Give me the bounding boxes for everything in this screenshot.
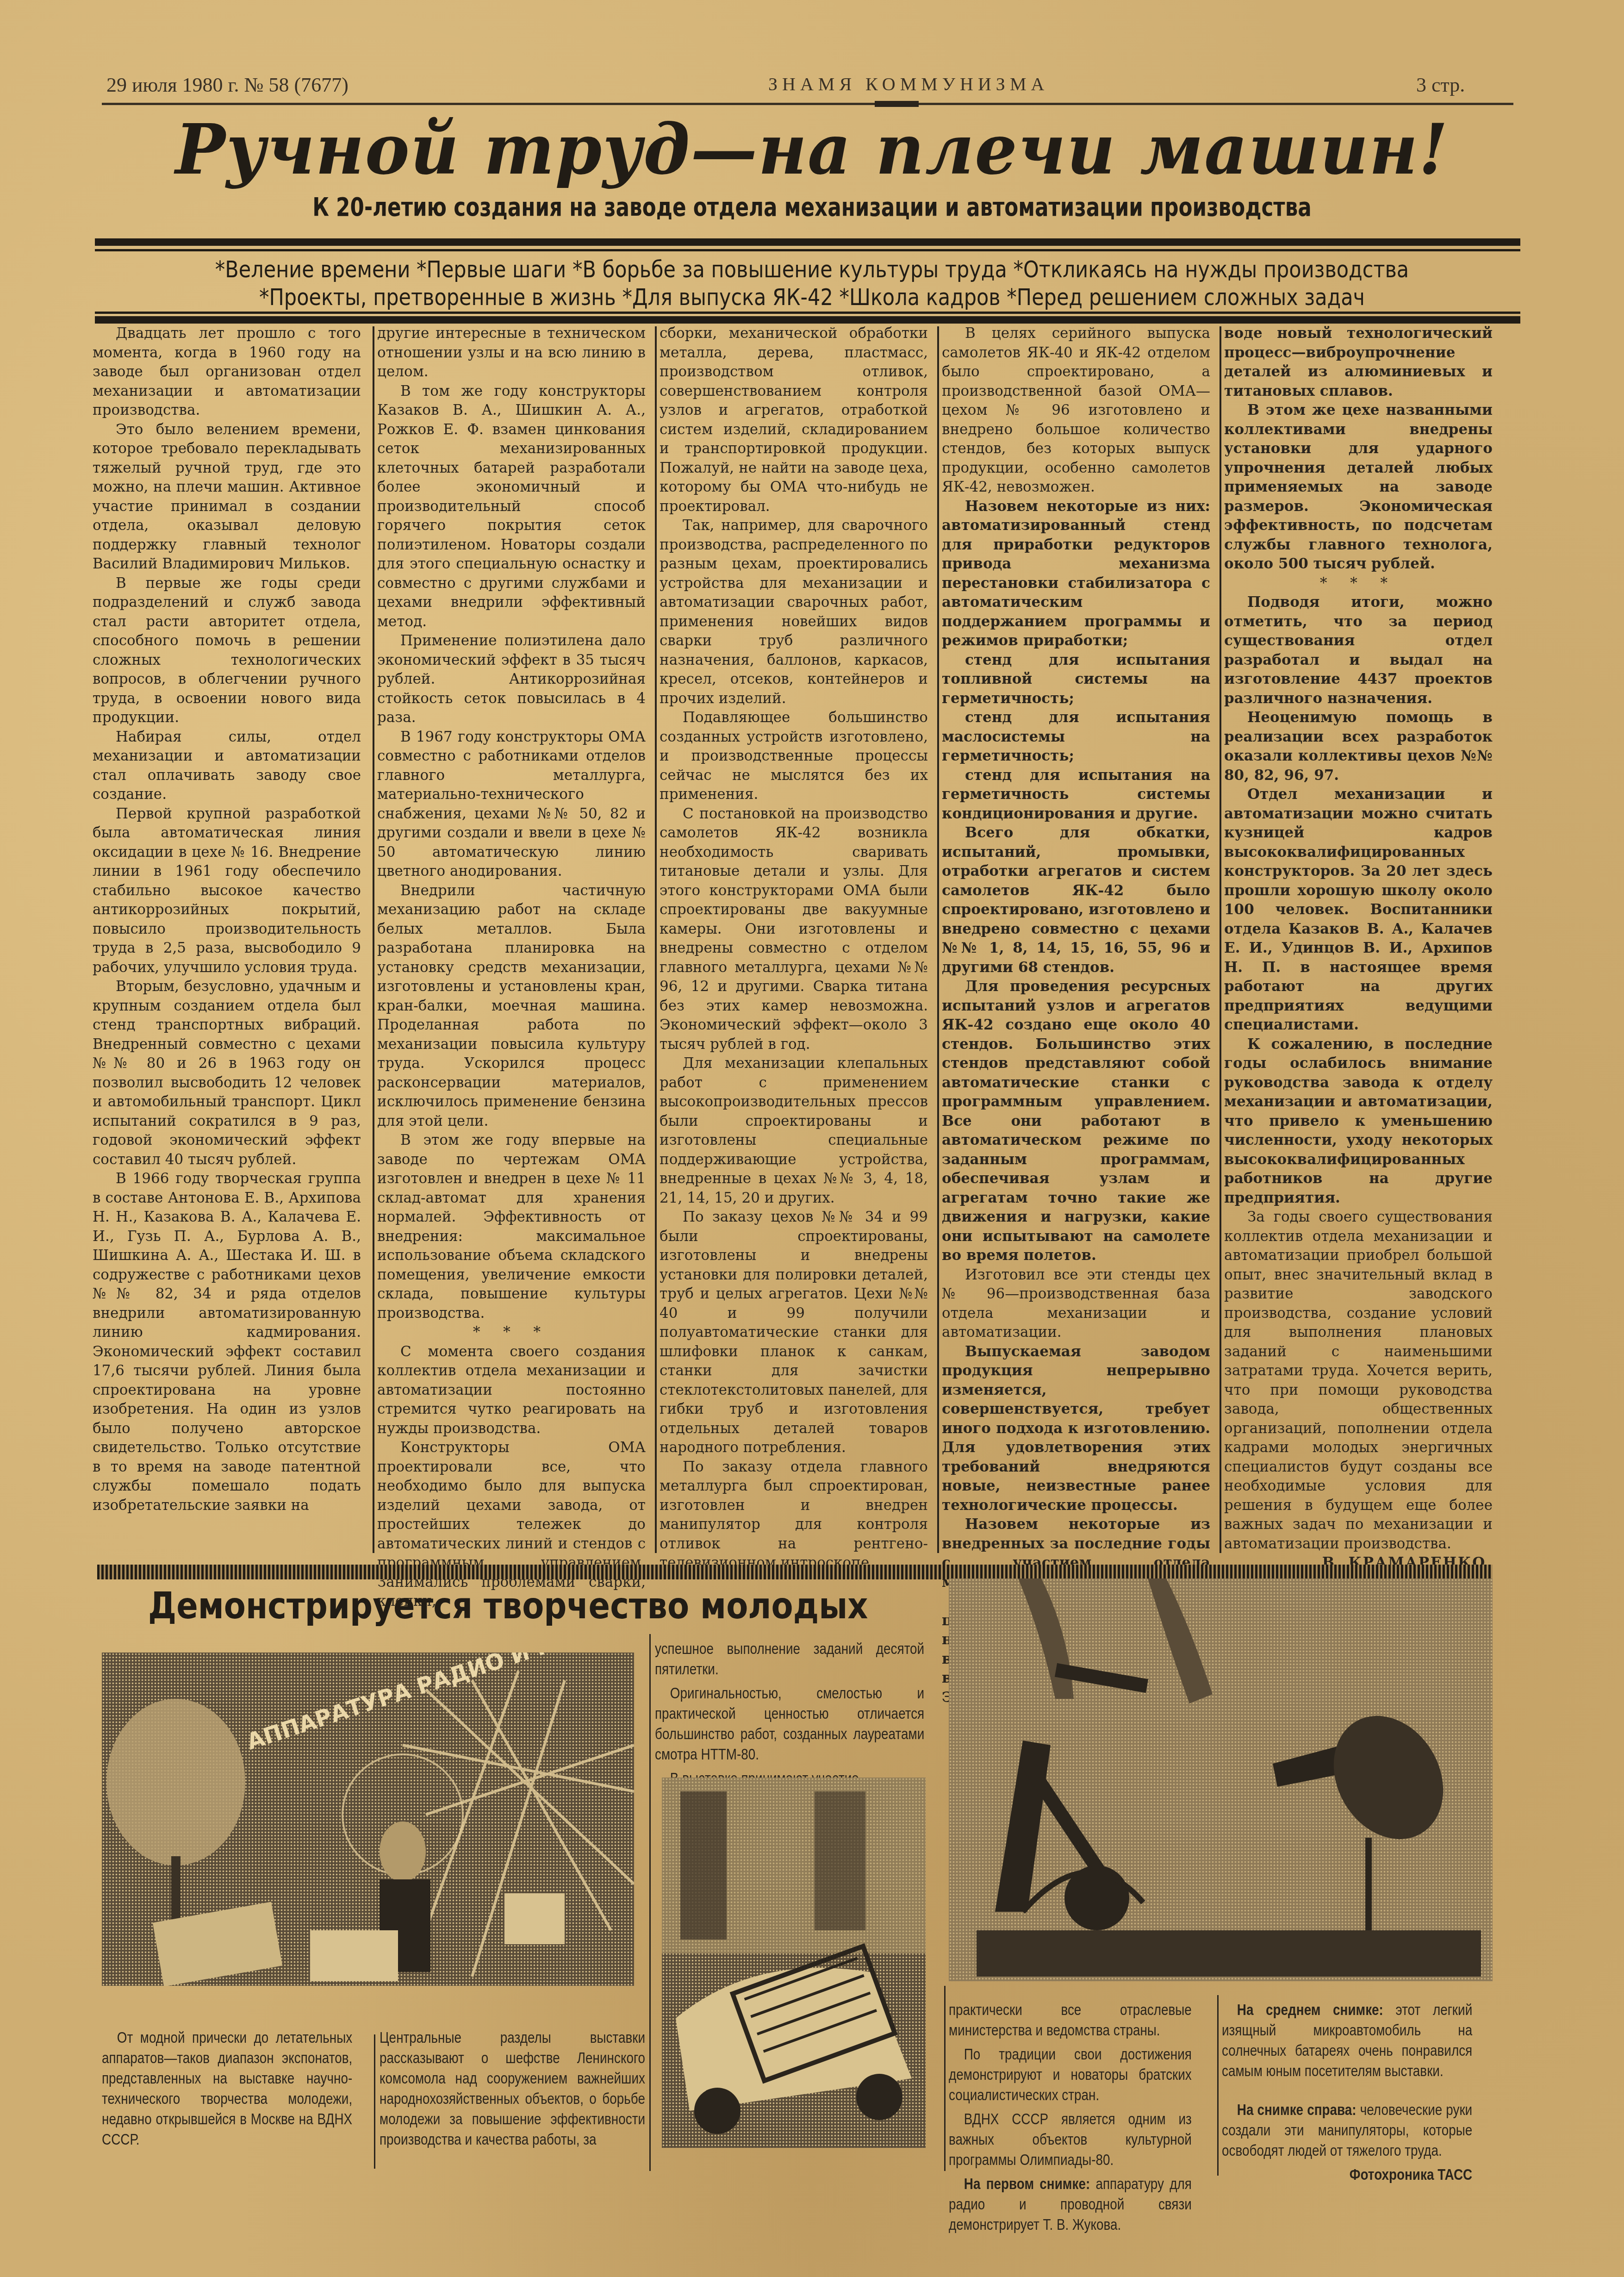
rule-lower-heavy [95,316,1520,324]
exhibition-text-left: От модной прически до летательных аппара… [102,2027,352,2153]
exhibition-text-right-1: практически все отраслевые министерства … [949,2000,1192,2239]
paragraph: От модной прически до летательных аппара… [102,2027,352,2150]
paragraph: По заказу отдела главного металлурга был… [660,1458,928,1573]
paragraph: сборки, механической обработки металла, … [660,324,928,516]
paragraph: Центральные разделы выставки рассказываю… [380,2027,645,2150]
paragraph: К сожалению, в последние годы ослабилось… [1224,1035,1493,1208]
masthead-rule-mark [875,101,919,107]
photo-manipulators [949,1578,1493,1981]
paragraph: Применение полиэтилена дало экономически… [377,631,646,728]
newspaper-page: 29 июля 1980 г. № 58 (7677) ЗНАМЯ КОММУН… [0,0,1624,2277]
column-divider [1217,1995,1219,2176]
paragraph: Это было велением времени, которое требо… [93,420,361,574]
paragraph: Для механизации клепальных работ с приме… [660,1054,928,1208]
paragraph: Назовем некоторые из них: автоматизирова… [942,497,1210,651]
article-column-2: другие интересные в техническом отношени… [377,324,646,1611]
paragraph: В 1966 году творческая группа в составе … [93,1169,361,1515]
column-divider [1220,326,1221,1553]
article-column-1: Двадцать лет прошло с того момента, когд… [93,324,361,1515]
paragraph: В 1967 году конструкторы ОМА совместно с… [377,728,646,881]
exhibition-text-center: Центральные разделы выставки рассказываю… [380,2027,645,2153]
paragraph: воде новый технологический процесс—вибро… [1224,324,1493,401]
column-divider [937,326,939,1553]
paragraph: Для проведения ресурсных испытаний узлов… [942,977,1210,1266]
column-divider [655,326,657,1553]
headline: Ручной труд—на плечи машин! [32,109,1592,190]
article-column-4: В целях серийного выпуска самолетов ЯК-4… [942,324,1210,1707]
paragraph: Первой крупной разработкой была автомати… [93,805,361,978]
paragraph: Изготовил все эти стенды цех № 96—произв… [942,1266,1210,1342]
photo-microcar-illustration [662,1778,926,2148]
paragraph: другие интересные в техническом отношени… [377,324,646,382]
paragraph: По заказу цехов №№ 34 и 99 были спроекти… [660,1208,928,1458]
paragraph: Так, например, для сварочного производст… [660,516,928,708]
paragraph: Всего для обкатки, испытаний, промывки, … [942,823,1210,977]
paragraph: стенд для испытания маслосистемы на герм… [942,708,1210,766]
article-column-3: сборки, механической обработки металла, … [660,324,928,1573]
paragraph: Подавляющее большинство созданных устрой… [660,708,928,805]
paragraph: С постановкой на производство самолетов … [660,805,928,1054]
caption-label: На снимке справа: [1237,2101,1356,2119]
column-divider [944,1986,946,2171]
photo-manipulators-illustration [949,1578,1493,1981]
paragraph: Неоценимую помощь в реализации всех разр… [1224,708,1493,785]
rule-lower-thin [95,312,1520,314]
newspaper-name: ЗНАМЯ КОММУНИЗМА [768,73,1049,95]
section-break-stars: * * * [1224,574,1493,593]
section-break-stars: * * * [377,1323,646,1342]
rule-upper-thin [95,249,1520,251]
column-divider [374,2034,375,2169]
photo-radio-equipment: АППАРАТУРА РАДИО И ПРОВОДНОЙ СВЯЗИ [102,1653,634,1986]
section-divider-rule [97,1565,1493,1579]
paragraph: Двадцать лет прошло с того момента, когд… [93,324,361,420]
photo-sign-text: АППАРАТУРА РАДИО И ПРОВОДНОЙ СВЯЗИ [243,1653,634,1755]
exhibition-text-right-2: На среднем снимке: этот легкий изящный м… [1222,2000,1472,2189]
masthead-rule [102,103,1513,105]
exhibition-text-middle: успешное выполнение заданий десятой пяти… [655,1639,924,1792]
paragraph: стенд для испытания на герметичность сис… [942,766,1210,824]
paragraph: Внедрили частичную механизацию работ на … [377,881,646,1131]
photo-radio-equipment-illustration: АППАРАТУРА РАДИО И ПРОВОДНОЙ СВЯЗИ [102,1653,634,1986]
column-divider [649,1634,651,2171]
paragraph: практически все отраслевые министерства … [949,2000,1192,2040]
caption-label: На среднем снимке: [1237,2001,1383,2019]
paragraph: За годы своего существования коллектив о… [1224,1208,1493,1553]
caption-first-photo: На первом снимке: аппаратуру для радио и… [949,2174,1192,2235]
caption-right-photo: На снимке справа: человеческие руки созд… [1222,2100,1472,2161]
paragraph: Выпускаемая заводом продукция непрерывно… [942,1342,1210,1516]
caption-label: На первом снимке: [964,2175,1090,2193]
paragraph: В том же году конструкторы Казаков В. А.… [377,382,646,632]
paragraph: Отдел механизации и автоматизации можно … [1224,785,1493,1035]
paragraph: В первые же годы среди подразделений и с… [93,574,361,728]
paragraph: По традиции свои достижения демонстрирую… [949,2044,1192,2105]
rubrics-line-1: *Веление времени *Первые шаги *В борьбе … [114,256,1511,283]
photo-microcar [662,1778,926,2148]
issue-date: 29 июля 1980 г. № 58 (7677) [106,73,348,97]
subheadline: К 20-летию создания на заводе отдела мех… [179,192,1445,222]
caption-middle-photo: На среднем снимке: этот легкий изящный м… [1222,2000,1472,2081]
paragraph: ВДНХ СССР является одним из важных объек… [949,2109,1192,2170]
paragraph: Оригинальностью, смелостью и практическо… [655,1683,924,1765]
rule-upper-heavy [95,238,1520,246]
exhibition-title: Демонстрируется творчество молодых [148,1585,868,1627]
paragraph: стенд для испытания топливной системы на… [942,651,1210,709]
paragraph: Вторым, безусловно, удачным и крупным со… [93,977,361,1169]
paragraph: Подводя итоги, можно отметить, что за пе… [1224,593,1493,708]
column-divider [373,326,374,1553]
paragraph: В этом же году впервые на заводе по черт… [377,1131,646,1323]
page-number: 3 стр. [1416,73,1465,97]
rubrics-line-2: *Проекты, претворенные в жизнь *Для выпу… [114,283,1511,311]
paragraph: В этом же цехе названными коллективами в… [1224,401,1493,574]
photo-credit: Фотохроника ТАСС [1222,2165,1472,2185]
paragraph: Набирая силы, отдел механизации и автома… [93,728,361,805]
paragraph: С момента своего создания коллектив отде… [377,1342,646,1439]
paragraph: В целях серийного выпуска самолетов ЯК-4… [942,324,1210,497]
article-column-5: воде новый технологический процесс—вибро… [1224,324,1493,1611]
paragraph: успешное выполнение заданий десятой пяти… [655,1639,924,1679]
